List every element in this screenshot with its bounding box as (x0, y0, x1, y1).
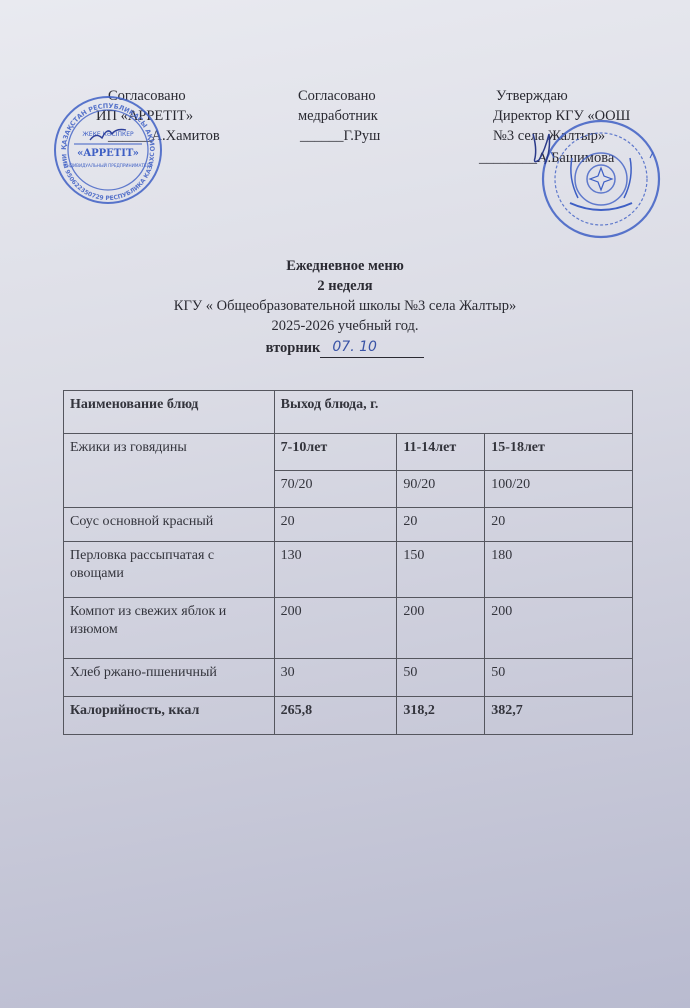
portion-value: 70/20 (274, 471, 397, 508)
approval-middle: Согласовано медработник ______Г.Руш (298, 86, 380, 146)
portion-value: 100/20 (485, 471, 633, 508)
table-row: Хлеб ржано-пшеничный 30 50 50 (64, 659, 633, 697)
dish-name: Ежики из говядины (64, 434, 275, 508)
dish-name: Хлеб ржано-пшеничный (64, 659, 275, 697)
portion-value: 200 (485, 598, 633, 659)
dish-name: Соус основной красный (64, 508, 275, 542)
approval-right-title: Утверждаю (496, 86, 630, 106)
dish-name: Компот из свежих яблок и изюмом (64, 598, 275, 659)
day-date: 07. 10 (332, 337, 377, 357)
portion-value: 180 (485, 542, 633, 598)
stamp-top-text: ҚАЗАҚСТАН РЕСПУБЛИКАСЫ АҚМОЛА ОБЛ (52, 94, 156, 152)
total-value: 382,7 (485, 697, 633, 735)
school-name: КГУ « Общеобразовательной школы №3 села … (0, 296, 690, 316)
header-yield: Выход блюда, г. (274, 391, 632, 434)
age-group: 7-10лет (274, 434, 397, 471)
age-group: 15-18лет (485, 434, 633, 471)
portion-value: 50 (397, 659, 485, 697)
approval-middle-role: медработник (298, 106, 380, 126)
portion-value: 20 (485, 508, 633, 542)
approval-middle-title: Согласовано (298, 86, 380, 106)
approval-middle-signature: ______Г.Руш (300, 126, 380, 146)
day-date-field: 07. 10 (320, 339, 424, 358)
stamp-inner-text: ЖЕКЕ КӘСІПКЕР (82, 131, 134, 138)
table-row: Соус основной красный 20 20 20 (64, 508, 633, 542)
table-row: Ежики из говядины 7-10лет 11-14лет 15-18… (64, 434, 633, 471)
svg-text:ҚАЗАҚСТАН РЕСПУБЛИКАСЫ АҚМОЛА: ҚАЗАҚСТАН РЕСПУБЛИКАСЫ АҚМОЛА ОБЛ (52, 94, 156, 152)
total-label: Калорийность, ккал (64, 697, 275, 735)
dish-name: Перловка рассыпчатая с овощами (64, 542, 275, 598)
table-row: Компот из свежих яблок и изюмом 200 200 … (64, 598, 633, 659)
menu-title: Ежедневное меню (0, 256, 690, 276)
week-label: 2 неделя (0, 276, 690, 296)
age-group: 11-14лет (397, 434, 485, 471)
total-value: 318,2 (397, 697, 485, 735)
table-header-row: Наименование блюд Выход блюда, г. (64, 391, 633, 434)
portion-value: 200 (274, 598, 397, 659)
school-year: 2025-2026 учебный год. (0, 316, 690, 336)
day-line: вторник07. 10 (0, 338, 690, 358)
portion-value: 50 (485, 659, 633, 697)
portion-value: 200 (397, 598, 485, 659)
table-row: Перловка рассыпчатая с овощами 130 150 1… (64, 542, 633, 598)
portion-value: 150 (397, 542, 485, 598)
total-value: 265,8 (274, 697, 397, 735)
portion-value: 20 (397, 508, 485, 542)
header-dish: Наименование блюд (64, 391, 275, 434)
company-stamp-icon: ҚАЗАҚСТАН РЕСПУБЛИКАСЫ АҚМОЛА ОБЛ ИИН 95… (52, 94, 164, 206)
portion-value: 30 (274, 659, 397, 697)
signature-scribble-icon (525, 128, 565, 168)
day-label: вторник (266, 340, 321, 356)
table-total-row: Калорийность, ккал 265,8 318,2 382,7 (64, 697, 633, 735)
portion-value: 90/20 (397, 471, 485, 508)
menu-table: Наименование блюд Выход блюда, г. Ежики … (63, 390, 633, 735)
portion-value: 130 (274, 542, 397, 598)
stamp-sub-text: ИНДИВИДУАЛЬНЫЙ ПРЕДПРИНИМАТЕЛЬ (63, 163, 152, 168)
stamp-name-text: «APPETIT» (77, 148, 139, 159)
portion-value: 20 (274, 508, 397, 542)
